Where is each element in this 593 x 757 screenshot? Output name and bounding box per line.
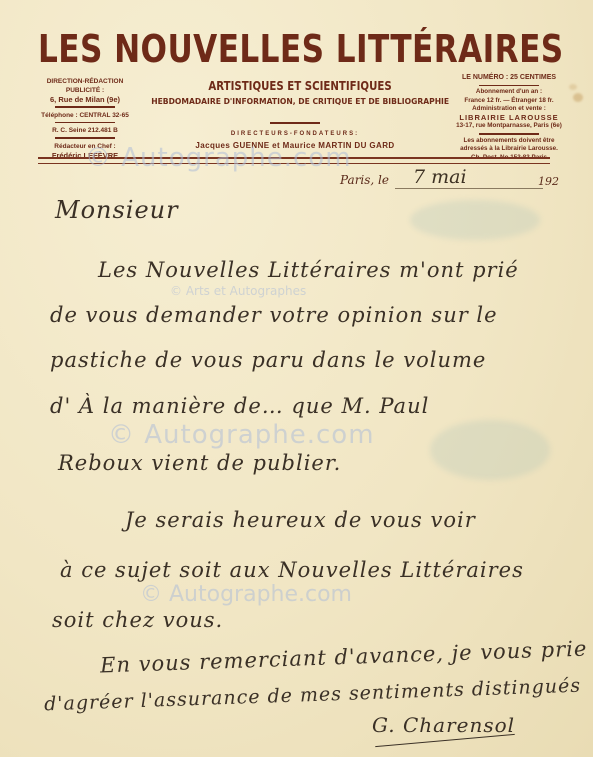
watermark: © Autographe.com	[108, 420, 375, 450]
subscription-note: adressés à la Librairie Larousse.	[448, 145, 570, 154]
phone-number: Téléphone : CENTRAL 32-65	[30, 111, 140, 120]
letter-line: Reboux vient de publier.	[58, 451, 341, 475]
watermark: © Autographe.com	[140, 582, 352, 607]
office-address: 6, Rue de Milan (9e)	[30, 95, 140, 104]
letter-line: Les Nouvelles Littéraires m'ont prié	[98, 258, 519, 282]
subscription-price: France 12 fr. — Étranger 18 fr.	[448, 97, 570, 106]
publisher-address: 13-17, rue Montparnasse, Paris (6e)	[448, 122, 570, 131]
divider	[479, 133, 539, 135]
signature: G. Charensol	[372, 713, 515, 737]
issue-price: LE NUMÉRO : 25 CENTIMES	[448, 74, 570, 83]
ink-offset-mark	[410, 200, 540, 240]
letter-line: pastiche de vous paru dans le volume	[50, 348, 486, 372]
letterhead-right-block: LE NUMÉRO : 25 CENTIMES Abonnement d'un …	[448, 74, 570, 162]
date-handwritten: 7 mai	[413, 166, 467, 188]
ink-offset-mark	[430, 420, 550, 480]
watermark: © Autographe.com	[85, 143, 352, 173]
divider	[479, 85, 539, 87]
subtitle: ARTISTIQUES ET SCIENTIFIQUES	[173, 79, 428, 93]
subscription-label: Abonnement d'un an :	[448, 88, 570, 97]
watermark: © Arts et Autographes	[170, 284, 306, 298]
letter-line: de vous demander votre opinion sur le	[50, 303, 498, 327]
publicite-label: PUBLICITÉ :	[30, 86, 140, 95]
letter-line: d' À la manière de… que M. Paul	[50, 394, 429, 418]
salutation: Monsieur	[55, 196, 179, 224]
direction-label: DIRECTION-RÉDACTION	[30, 77, 140, 86]
divider	[55, 122, 115, 124]
letter-line: soit chez vous.	[52, 608, 223, 632]
divider	[270, 122, 320, 124]
letter-line: à ce sujet soit aux Nouvelles Littéraire…	[60, 558, 524, 582]
divider	[55, 137, 115, 139]
subscription-note: Les abonnements doivent être	[448, 137, 570, 146]
publisher-name: LIBRAIRIE LAROUSSE	[448, 114, 570, 123]
founders-label: DIRECTEURS-FONDATEURS:	[150, 131, 440, 137]
registry-number: R. C. Seine 212.481 B	[30, 126, 140, 135]
date-year: 192	[538, 175, 559, 188]
masthead-title: LES NOUVELLES LITTÉRAIRES	[38, 27, 551, 71]
paper-stain	[573, 93, 583, 102]
date-line	[395, 188, 543, 189]
date-prefix: Paris, le	[340, 173, 389, 187]
divider	[55, 106, 115, 108]
paper-stain	[569, 84, 577, 90]
letter-line: Je serais heureux de vous voir	[125, 508, 476, 532]
tagline: HEBDOMADAIRE D'INFORMATION, DE CRITIQUE …	[151, 96, 449, 106]
